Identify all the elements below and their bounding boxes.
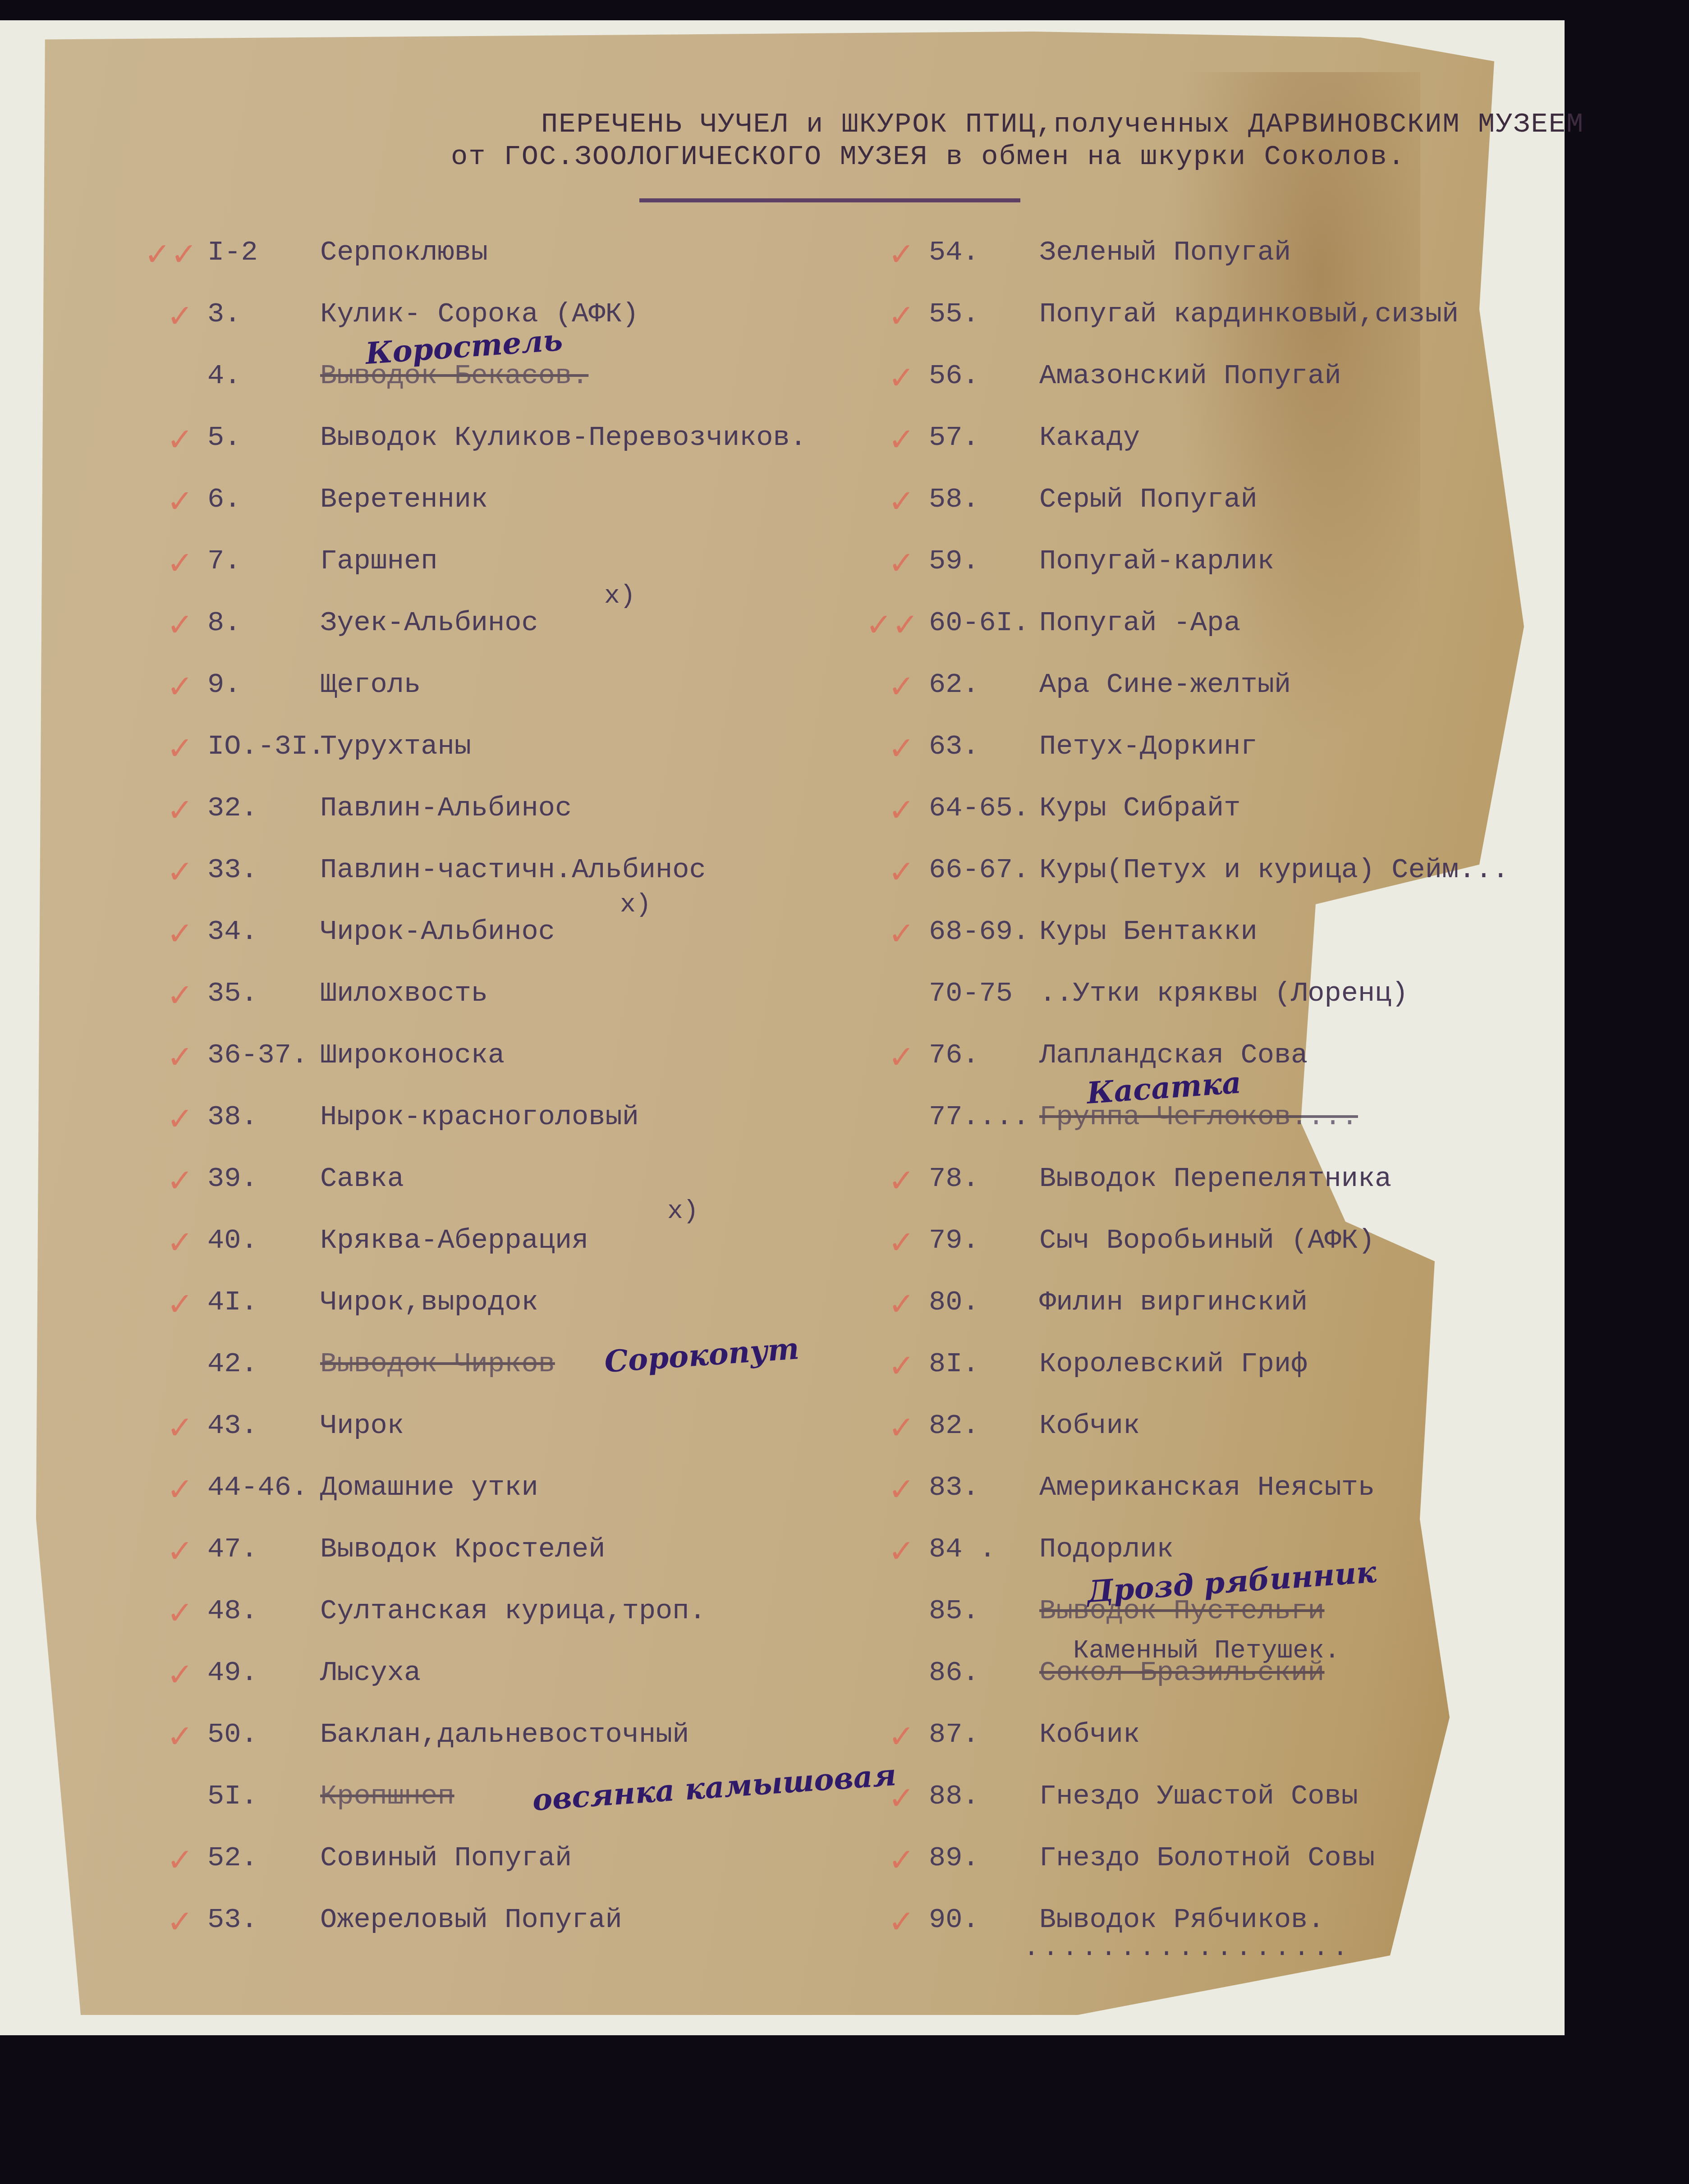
item-number: 9. [207,667,320,703]
item-name: Ожереловый Попугай [320,1902,622,1938]
list-item: ✓88.Гнездо Ушастой Совы [929,1778,1509,1840]
checkmark-icon: ✓ [167,730,193,766]
list-item: ✓83.Американская Неясыть [929,1470,1509,1531]
list-item: 70-75..Утки кряквы (Лоренц) [929,975,1509,1037]
checkmark-icon: ✓ [167,298,193,334]
item-number: 4. [207,358,320,394]
item-number: 62. [929,667,1039,703]
item-name: Зеленый Попугай [1039,234,1291,270]
list-item: 4.Выводок Бекасов.Коростель [207,358,807,420]
list-item: ✓49.Лысуха [207,1655,807,1717]
list-item: ✓66-67.Куры(Петух и курица) Сейм... [929,852,1509,914]
item-name: Савка [320,1161,404,1197]
list-item: ✓8.Зуек-Альбинос [207,605,807,667]
item-name: Ара Сине-желтый [1039,667,1291,703]
list-item: ✓33.Павлин-частичн.Альбинос [207,852,807,914]
title-line-2: от ГОС.ЗООЛОГИЧЕСКОГО МУЗЕЯ в обмен на ш… [0,141,1689,173]
item-name: Куры Сибрайт [1039,790,1240,826]
item-name: Кобчик [1039,1408,1140,1444]
checkmark-icon: ✓ [167,1657,193,1693]
item-number: 4I. [207,1284,320,1320]
item-name: ..Утки кряквы (Лоренц) [1039,975,1409,1012]
item-number: 8. [207,605,320,641]
checkmark-icon: ✓ [888,1163,915,1199]
item-name: Чирок [320,1408,404,1444]
checkmark-icon: ✓ [888,1718,915,1754]
item-number: 38. [207,1099,320,1135]
item-name: Щеголь [320,667,421,703]
list-item: 86.Сокол БразильскийКаменный Петушек. [929,1655,1509,1717]
item-name: Амазонский Попугай [1039,358,1341,394]
item-name: Лысуха [320,1655,421,1691]
list-item: ✓35.Шилохвость [207,975,807,1037]
checkmark-icon: ✓ [167,668,193,705]
item-number: 68-69. [929,914,1039,950]
checkmark-icon: ✓ [167,1410,193,1446]
item-number: 54. [929,234,1039,270]
item-number: 7. [207,543,320,579]
checkmark-icon: ✓ [167,792,193,828]
item-name: Чирок,выродок [320,1284,538,1320]
title-underline [639,198,1020,202]
list-item: ✓80.Филин виргинский [929,1284,1509,1346]
item-name: Павлин-Альбинос [320,790,572,826]
checkmark-icon: ✓ [888,1224,915,1260]
item-number: 33. [207,852,320,888]
list-item: ✓✓60-6I.Попугай -Ара [929,605,1509,667]
list-item: ✓59.Попугай-карлик [929,543,1509,605]
checkmark-icon: ✓ [167,916,193,952]
checkmark-icon: ✓ [888,1842,915,1878]
item-name: Какаду [1039,420,1140,456]
item-number: 79. [929,1222,1039,1259]
item-name: Американская Неясыть [1039,1470,1375,1506]
checkmark-icon: ✓ [167,1904,193,1940]
item-number: 35. [207,975,320,1012]
checkmark-icon: ✓ [167,1101,193,1137]
item-number: 58. [929,481,1039,517]
checkmark-icon: ✓ [888,360,915,396]
list-item: ✓9.Щеголь [207,667,807,728]
item-number: 77.... [929,1099,1039,1135]
list-item: ✓6.Веретенник [207,481,807,543]
checkmark-icon: ✓ [888,483,915,519]
list-item: ✓53.Ожереловый Попугай [207,1902,807,1964]
item-number: 60-6I. [929,605,1039,641]
item-number: 40. [207,1222,320,1259]
item-number: 6. [207,481,320,517]
list-item: ✓IO.-3I.Турухтаны [207,728,807,790]
checkmark-icon: ✓ [167,1718,193,1754]
item-name: Баклан,дальневосточный [320,1717,689,1753]
checkmark-icon: ✓ [167,1039,193,1075]
item-number: 44-46. [207,1470,320,1506]
list-item: 77....Группа Чеглоков....Касатка [929,1099,1509,1161]
item-number: 63. [929,728,1039,765]
list-item: ✓57.Какаду [929,420,1509,481]
checkmark-icon: ✓ [167,1471,193,1507]
item-number: 87. [929,1717,1039,1753]
item-number: 39. [207,1161,320,1197]
item-name: Турухтаны [320,728,471,765]
checkmark-icon: ✓ [888,545,915,581]
list-item: ✓63.Петух-Доркинг [929,728,1509,790]
item-number: 48. [207,1593,320,1629]
item-name: Попугай кардинковый,сизый [1039,296,1459,332]
list-item: ✓79.Сыч Воробьиный (АФК) [929,1222,1509,1284]
item-number: 50. [207,1717,320,1753]
item-name: Подорлик [1039,1531,1174,1567]
list-item: ✓32.Павлин-Альбинос [207,790,807,852]
list-item: ✓38.Нырок-красноголовый [207,1099,807,1161]
checkmark-icon: ✓✓ [144,236,197,272]
footnote-mark: х) [604,581,636,611]
item-number: 56. [929,358,1039,394]
item-number: 8I. [929,1346,1039,1382]
item-number: 5I. [207,1778,320,1814]
trailing-dots: ................. [1023,1934,1352,1963]
item-number: 42. [207,1346,320,1382]
item-number: 32. [207,790,320,826]
item-number: 70-75 [929,975,1039,1012]
list-item: ✓54.Зеленый Попугай [929,234,1509,296]
item-name: Выводок Чирков [320,1346,555,1382]
item-number: 59. [929,543,1039,579]
item-number: 3. [207,296,320,332]
checkmark-icon: ✓ [167,607,193,643]
checkmark-icon: ✓ [167,1224,193,1260]
item-number: 5. [207,420,320,456]
checkmark-icon: ✓ [888,792,915,828]
checkmark-icon: ✓ [888,1471,915,1507]
footnote-mark: х) [667,1197,699,1226]
checkmark-icon: ✓ [888,1286,915,1322]
checkmark-icon: ✓ [888,854,915,890]
item-name: Кряква-Аберрация [320,1222,588,1259]
list-item: 5I.Кропшнеповсянка камышовая [207,1778,807,1840]
item-name: Выводок Куликов-Перевозчиков. [320,420,807,456]
item-number: 66-67. [929,852,1039,888]
item-number: 78. [929,1161,1039,1197]
item-name: Зуек-Альбинос [320,605,538,641]
checkmark-icon: ✓ [167,421,193,458]
item-name: Серый Попугай [1039,481,1258,517]
checkmark-icon: ✓ [888,730,915,766]
item-number: 34. [207,914,320,950]
item-number: 64-65. [929,790,1039,826]
checkmark-icon: ✓✓ [866,607,918,643]
item-name: Совиный Попугай [320,1840,572,1876]
left-column-list: ✓✓I-2Серпоклювы✓3.Кулик- Сорока (АФК)4.В… [207,234,807,1964]
item-name: Широконоска [320,1037,505,1073]
checkmark-icon: ✓ [167,854,193,890]
list-item: ✓34.Чирок-Альбинос [207,914,807,975]
list-item: ✓39.Савка [207,1161,807,1222]
list-item: ✓47.Выводок Кростелей [207,1531,807,1593]
item-name: Сыч Воробьиный (АФК) [1039,1222,1375,1259]
checkmark-icon: ✓ [888,421,915,458]
item-name: Кропшнеп [320,1778,454,1814]
item-number: 85. [929,1593,1039,1629]
item-name: Лапландская Сова [1039,1037,1308,1073]
item-number: 49. [207,1655,320,1691]
checkmark-icon: ✓ [167,1842,193,1878]
checkmark-icon: ✓ [167,1533,193,1569]
list-item: 42.Выводок ЧирковСорокопут [207,1346,807,1408]
list-item: ✓44-46.Домашние утки [207,1470,807,1531]
list-item: ✓64-65.Куры Сибрайт [929,790,1509,852]
checkmark-icon: ✓ [888,1780,915,1816]
list-item: ✓5.Выводок Куликов-Перевозчиков. [207,420,807,481]
checkmark-icon: ✓ [888,916,915,952]
checkmark-icon: ✓ [888,1533,915,1569]
item-name: Гнездо Болотной Совы [1039,1840,1375,1876]
item-name: Павлин-частичн.Альбинос [320,852,706,888]
list-item: ✓68-69.Куры Бентакки [929,914,1509,975]
item-number: 76. [929,1037,1039,1073]
item-number: 83. [929,1470,1039,1506]
list-item: ✓✓I-2Серпоклювы [207,234,807,296]
item-number: 55. [929,296,1039,332]
list-item: ✓55.Попугай кардинковый,сизый [929,296,1509,358]
checkmark-icon: ✓ [888,1410,915,1446]
item-name: Серпоклювы [320,234,488,270]
item-number: 47. [207,1531,320,1567]
footnote-mark: х) [620,890,652,920]
item-name: Выводок Перепелятника [1039,1161,1391,1197]
item-name: Домашние утки [320,1470,538,1506]
item-number: 43. [207,1408,320,1444]
item-number: 36-37. [207,1037,320,1073]
list-item: ✓8I.Королевский Гриф [929,1346,1509,1408]
list-item: ✓78.Выводок Перепелятника [929,1161,1509,1222]
list-item: ✓62.Ара Сине-желтый [929,667,1509,728]
item-number: IO.-3I. [207,728,320,765]
list-item: ✓87.Кобчик [929,1717,1509,1778]
item-name: Куры(Петух и курица) Сейм... [1039,852,1509,888]
item-number: 80. [929,1284,1039,1320]
list-item: ✓52.Совиный Попугай [207,1840,807,1902]
item-name: Попугай -Ара [1039,605,1240,641]
item-name: Филин виргинский [1039,1284,1308,1320]
checkmark-icon: ✓ [167,1163,193,1199]
checkmark-icon: ✓ [167,1286,193,1322]
item-number: 88. [929,1778,1039,1814]
title-line-1: ПЕРЕЧЕНЬ ЧУЧЕЛ и ШКУРОК ПТИЦ,полученных … [0,108,1689,141]
list-item: ✓43.Чирок [207,1408,807,1470]
checkmark-icon: ✓ [167,545,193,581]
checkmark-icon: ✓ [888,1039,915,1075]
list-item: ✓48.Султанская курица,троп. [207,1593,807,1655]
document-title: ПЕРЕЧЕНЬ ЧУЧЕЛ и ШКУРОК ПТИЦ,полученных … [0,108,1689,173]
checkmark-icon: ✓ [167,977,193,1013]
checkmark-icon: ✓ [888,1348,915,1384]
item-name: Группа Чеглоков.... [1039,1099,1358,1135]
item-name: Кулик- Сорока (АФК) [320,296,639,332]
list-item: ✓7.Гаршнеп [207,543,807,605]
list-item: ✓36-37.Широконоска [207,1037,807,1099]
checkmark-icon: ✓ [167,483,193,519]
item-name: Попугай-карлик [1039,543,1274,579]
item-number: I-2 [207,234,320,270]
item-name: Веретенник [320,481,488,517]
list-item: ✓89.Гнездо Болотной Совы [929,1840,1509,1902]
item-name: Королевский Гриф [1039,1346,1308,1382]
checkmark-icon: ✓ [167,1595,193,1631]
item-name: Гаршнеп [320,543,437,579]
item-number: 86. [929,1655,1039,1691]
list-item: ✓82.Кобчик [929,1408,1509,1470]
item-number: 84 . [929,1531,1039,1567]
item-name: Султанская курица,троп. [320,1593,706,1629]
item-number: 57. [929,420,1039,456]
item-name: Шилохвость [320,975,488,1012]
item-name: Чирок-Альбинос [320,914,555,950]
item-name: Выводок Рябчиков. [1039,1902,1325,1938]
list-item: ✓56.Амазонский Попугай [929,358,1509,420]
item-name: Нырок-красноголовый [320,1099,639,1135]
list-item: ✓58.Серый Попугай [929,481,1509,543]
item-number: 82. [929,1408,1039,1444]
item-number: 90. [929,1902,1039,1938]
item-name: Кобчик [1039,1717,1140,1753]
item-name: Петух-Доркинг [1039,728,1258,765]
typed-correction: Каменный Петушек. [1073,1633,1340,1669]
right-column-list: ✓54.Зеленый Попугай✓55.Попугай кардинков… [929,234,1509,1964]
checkmark-icon: ✓ [888,236,915,272]
item-number: 53. [207,1902,320,1938]
checkmark-icon: ✓ [888,668,915,705]
item-name: Выводок Кростелей [320,1531,606,1567]
checkmark-icon: ✓ [888,298,915,334]
item-name: Куры Бентакки [1039,914,1258,950]
item-number: 89. [929,1840,1039,1876]
item-name: Гнездо Ушастой Совы [1039,1778,1358,1814]
checkmark-icon: ✓ [888,1904,915,1940]
list-item: ✓40.Кряква-Аберрация [207,1222,807,1284]
item-number: 52. [207,1840,320,1876]
